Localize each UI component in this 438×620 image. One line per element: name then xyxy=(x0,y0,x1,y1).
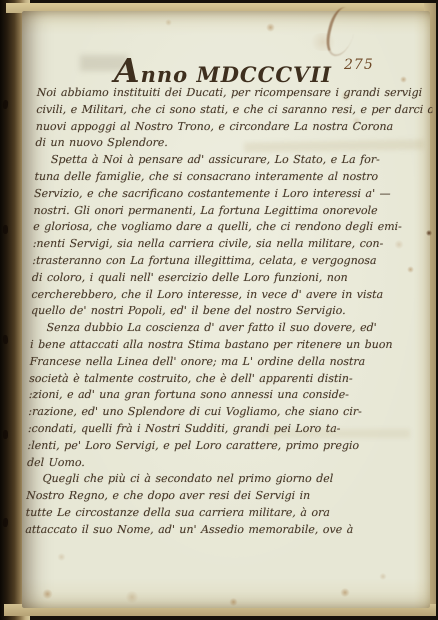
paragraph: Quegli che più ci à secondato nel primo … xyxy=(25,471,423,538)
manuscript-line: Nostro Regno, e che dopo aver resi dei S… xyxy=(26,488,422,505)
manuscript-line: tuna delle famiglie, che si consacrano i… xyxy=(34,169,430,186)
manuscript-line: società è talmente costruito, che è dell… xyxy=(29,371,425,388)
manuscript-line: tutte Le circostanze della sua carriera … xyxy=(26,505,422,522)
manuscript-line: civili, e Militari, che ci sono stati, e… xyxy=(36,102,432,119)
manuscript-line: quello de' nostri Popoli, ed' il bene de… xyxy=(31,303,427,320)
foxing-spot xyxy=(57,553,66,561)
manuscript-line: cercherebbero, che il Loro interesse, in… xyxy=(31,287,427,304)
manuscript-line: :zioni, e ad' una gran fortuna sono anne… xyxy=(29,387,425,404)
foxing-spot xyxy=(400,76,407,83)
page-number: 275 xyxy=(344,57,374,73)
manuscript-line: del Uomo. xyxy=(27,455,423,472)
foxing-spot xyxy=(125,591,139,603)
foxing-spot xyxy=(340,588,350,597)
manuscript-line: nuovi appoggi al Nostro Trono, e circond… xyxy=(36,119,432,136)
foxing-spot xyxy=(229,598,238,606)
foxing-spot xyxy=(165,19,172,26)
manuscript-page: Anno MDCCCVII 275 Noi abbiamo instituiti… xyxy=(22,11,430,608)
binding-mark xyxy=(3,225,8,234)
manuscript-line: Spetta à Noi à pensare ad' assicurare, L… xyxy=(35,152,431,169)
manuscript-line: Senza dubbio La coscienza d' aver fatto … xyxy=(30,320,426,337)
manuscript-line: :condati, quelli frà i Nostri Sudditi, g… xyxy=(28,421,424,438)
foxing-spot xyxy=(42,589,53,599)
manuscript-line: Noi abbiamo instituiti dei Ducati, per r… xyxy=(36,85,432,102)
binding-mark xyxy=(3,430,8,439)
manuscript-line: attaccato il suo Nome, ad' un' Assedio m… xyxy=(25,522,421,539)
foxing-spot xyxy=(266,23,275,32)
manuscript-text: Noi abbiamo instituiti dei Ducati, per r… xyxy=(25,85,433,539)
manuscript-line: di un nuovo Splendore. xyxy=(35,135,431,152)
manuscript-line: Quegli che più ci à secondato nel primo … xyxy=(26,471,422,488)
foxing-spot xyxy=(379,573,387,580)
manuscript-line: e gloriosa, che vogliamo dare a quelli, … xyxy=(33,219,429,236)
paragraph: Spetta à Noi à pensare ad' assicurare, L… xyxy=(31,152,431,320)
manuscript-photo: Anno MDCCCVII 275 Noi abbiamo instituiti… xyxy=(0,0,438,620)
manuscript-line: di coloro, i quali nell' esercizio delle… xyxy=(32,270,428,287)
manuscript-line: Servizio, e che sacrificano costantement… xyxy=(34,186,430,203)
paragraph: Noi abbiamo instituiti dei Ducati, per r… xyxy=(35,85,433,152)
manuscript-line: nostri. Gli onori permanenti, La fortuna… xyxy=(33,203,429,220)
manuscript-line: :nenti Servigi, sia nella carriera civil… xyxy=(33,236,429,253)
manuscript-line: :razione, ed' uno Splendore di cui Vogli… xyxy=(28,404,424,421)
foxing-spot xyxy=(308,33,338,51)
manuscript-line: Francese nella Linea dell' onore; ma L' … xyxy=(29,354,425,371)
manuscript-line: i bene attaccati alla nostra Stima basta… xyxy=(30,337,426,354)
manuscript-line: :lenti, pe' Loro Servigi, e pel Loro car… xyxy=(27,438,423,455)
manuscript-line: :trasteranno con La fortuna illegittima,… xyxy=(32,253,428,270)
binding-mark xyxy=(3,335,9,344)
paragraph: Senza dubbio La coscienza d' aver fatto … xyxy=(27,320,427,471)
